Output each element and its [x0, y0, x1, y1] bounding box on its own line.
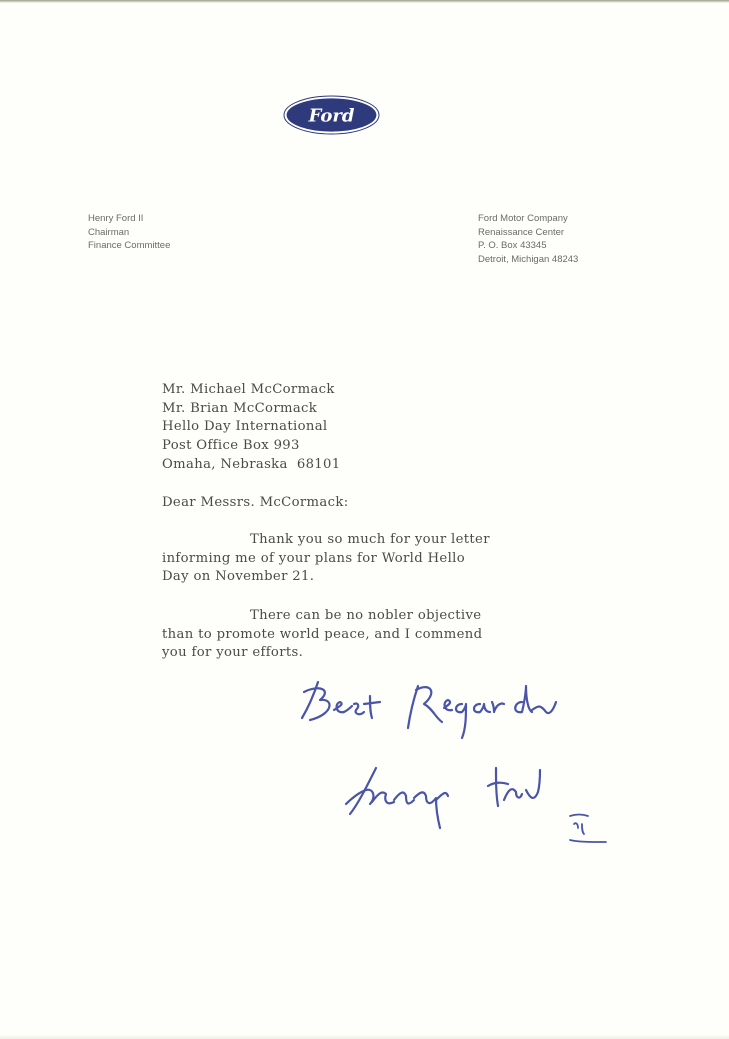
- sender-committee: Finance Committee: [88, 239, 170, 253]
- handwritten-signature: Best Regards Henry Ford II: [290, 678, 620, 848]
- letterhead-sender: Henry Ford II Chairman Finance Committee: [88, 212, 170, 253]
- paragraph-2-line-1: There can be no nobler objective: [162, 607, 482, 626]
- paragraph-2: There can be no nobler objective than to…: [162, 607, 482, 663]
- company-po-box: P. O. Box 43345: [478, 239, 578, 253]
- ford-logo: Ford: [283, 95, 380, 135]
- salutation: Dear Messrs. McCormack:: [162, 494, 349, 513]
- paragraph-1-line-2: informing me of your plans for World Hel…: [162, 550, 490, 569]
- company-building: Renaissance Center: [478, 226, 578, 240]
- sender-name: Henry Ford II: [88, 212, 170, 226]
- recipient-line-2: Mr. Brian McCormack: [162, 400, 341, 419]
- recipient-line-1: Mr. Michael McCormack: [162, 381, 341, 400]
- ford-oval-icon: Ford: [283, 95, 380, 135]
- paragraph-1-line-3: Day on November 21.: [162, 568, 490, 587]
- signature-ink-icon: [290, 678, 620, 848]
- sender-title: Chairman: [88, 226, 170, 240]
- paragraph-2-line-3: you for your efforts.: [162, 644, 482, 663]
- paragraph-2-line-2: than to promote world peace, and I comme…: [162, 626, 482, 645]
- paper-top-edge: [0, 0, 729, 3]
- recipient-organization: Hello Day International: [162, 418, 341, 437]
- recipient-po-box: Post Office Box 993: [162, 437, 341, 456]
- company-city: Detroit, Michigan 48243: [478, 253, 578, 267]
- logo-text: Ford: [308, 106, 355, 127]
- paper-bottom-edge: [0, 1035, 729, 1039]
- company-name: Ford Motor Company: [478, 212, 578, 226]
- recipient-city: Omaha, Nebraska 68101: [162, 456, 341, 475]
- paragraph-1-line-1: Thank you so much for your letter: [162, 531, 490, 550]
- recipient-address: Mr. Michael McCormack Mr. Brian McCormac…: [162, 381, 341, 475]
- paragraph-1: Thank you so much for your letter inform…: [162, 531, 490, 587]
- letterhead-company-address: Ford Motor Company Renaissance Center P.…: [478, 212, 578, 266]
